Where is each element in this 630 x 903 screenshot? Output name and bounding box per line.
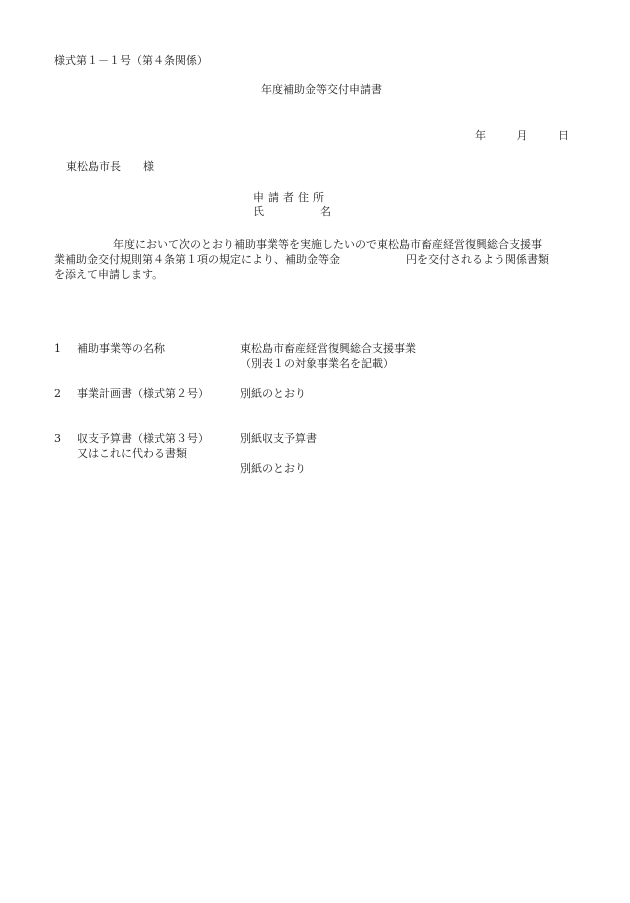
addressee-name: 東松島市長 [66,160,121,173]
addressee: 東松島市長様 [66,161,154,172]
item-value: 別紙のとおり [240,388,306,399]
form-number: 様式第１－１号（第４条関係） [54,55,208,66]
item-value: 別紙収支予算書 [240,433,317,444]
document-title: 年度補助金等交付申請書 [261,84,382,95]
body-line-1: 年度において次のとおり補助事業等を実施したいので東松島市畜産経営復興総合支援事 [54,237,594,252]
applicant-address-label: 申請者住所 [253,192,331,206]
application-body: 年度において次のとおり補助事業等を実施したいので東松島市畜産経営復興総合支援事 … [54,237,594,282]
applicant-block: 申請者住所 氏名 [253,192,331,220]
date-year-label: 年 [475,130,486,141]
body-line-3: を添えて申請します。 [54,267,594,282]
item-value-sub: 別紙のとおり [240,463,306,474]
item-label-sub: 又はこれに代わる書類 [77,448,187,459]
item-label: 事業計画書（様式第２号） [77,388,209,399]
date-day-label: 日 [558,130,569,141]
item-value-sub: （別表１の対象事業名を記載） [240,358,394,369]
body-line-2: 業補助金交付規則第４条第１項の規定により、補助金等金円を交付されるよう関係書類 [54,252,594,267]
date-month-label: 月 [517,130,528,141]
item-number: 2 [54,388,61,399]
addressee-honorific: 様 [143,160,154,173]
applicant-name-label-1: 氏 [253,206,264,217]
date-line: 年 月 日 [475,130,569,141]
item-label: 収支予算書（様式第３号） [77,433,209,444]
applicant-name-row: 氏名 [253,206,331,220]
item-value: 東松島市畜産経営復興総合支援事業 [240,343,416,354]
item-label: 補助事業等の名称 [77,343,165,354]
item-number: 3 [54,433,61,444]
item-number: 1 [54,343,61,354]
applicant-name-label-2: 名 [320,206,331,217]
